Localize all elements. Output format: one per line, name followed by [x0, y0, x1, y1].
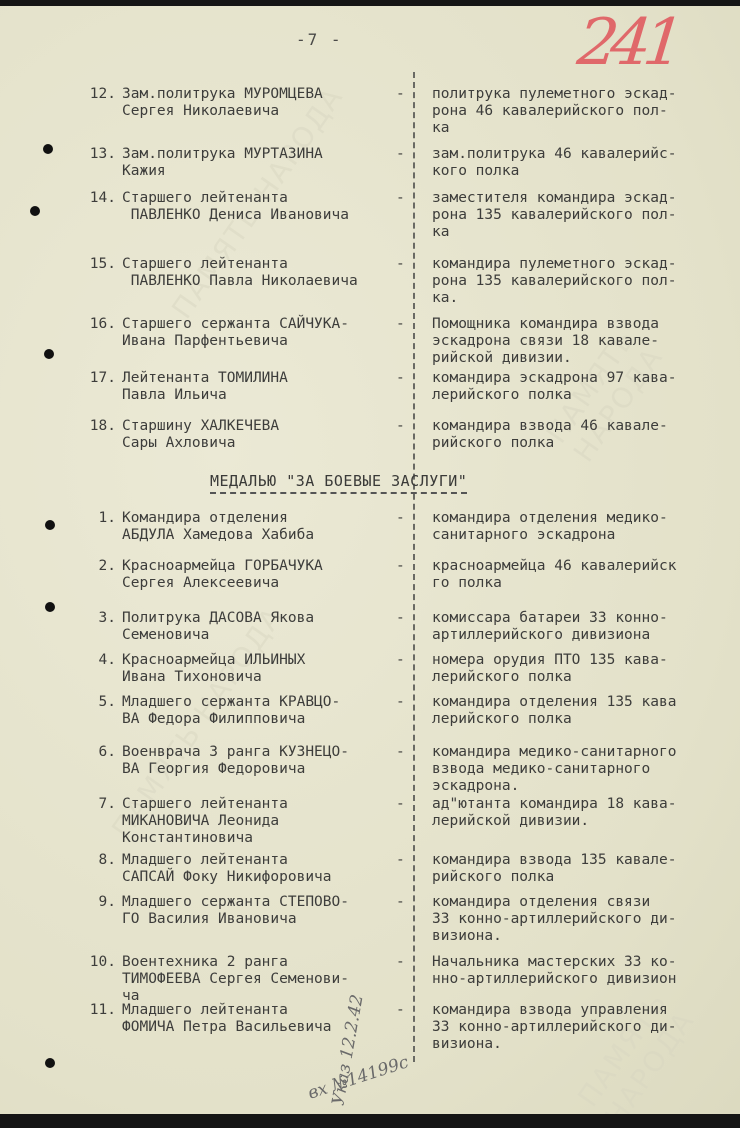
recipient-position: командира взвода 135 кавале- рийского по… — [432, 852, 676, 886]
punch-hole — [43, 144, 53, 154]
entry-number: 14. — [66, 190, 116, 207]
recipient-name: Старшего лейтенанта ПАВЛЕНКО Павла Никол… — [122, 256, 358, 290]
entry-dash: - — [396, 146, 405, 163]
recipient-position: командира отделения связи 33 конно-артил… — [432, 894, 676, 945]
entry-dash: - — [396, 954, 405, 971]
recipient-position: комиссара батареи 33 конно- артиллерийск… — [432, 610, 668, 644]
recipient-name: Старшего лейтенанта МИКАНОВИЧА Леонида К… — [122, 796, 288, 847]
recipient-name: Младшего лейтенанта САПСАЙ Фоку Никифоро… — [122, 852, 332, 886]
recipient-name: Зам.политрука МУРТАЗИНА Кажия — [122, 146, 323, 180]
entry-number: 3. — [66, 610, 116, 627]
entry-dash: - — [396, 610, 405, 627]
recipient-name: Лейтенанта ТОМИЛИНА Павла Ильича — [122, 370, 288, 404]
punch-hole — [45, 520, 55, 530]
recipient-name: Старшего лейтенанта ПАВЛЕНКО Дениса Иван… — [122, 190, 349, 224]
entry-number: 2. — [66, 558, 116, 575]
entry-number: 11. — [66, 1002, 116, 1019]
column-divider — [413, 72, 415, 1062]
entry-number: 1. — [66, 510, 116, 527]
recipient-position: Начальника мастерских 33 ко- нно-артилле… — [432, 954, 676, 988]
entry-number: 16. — [66, 316, 116, 333]
entry-dash: - — [396, 418, 405, 435]
entry-number: 15. — [66, 256, 116, 273]
recipient-position: командира отделения 135 кава лерийского … — [432, 694, 676, 728]
entry-dash: - — [396, 256, 405, 273]
punch-hole — [45, 602, 55, 612]
recipient-position: командира отделения медико- санитарного … — [432, 510, 668, 544]
archive-sheet-number: 241 — [574, 6, 680, 80]
entry-dash: - — [396, 1002, 405, 1019]
recipient-position: красноармейца 46 кавалерийск го полка — [432, 558, 676, 592]
entry-number: 9. — [66, 894, 116, 911]
entry-number: 13. — [66, 146, 116, 163]
recipient-position: командира эскадрона 97 кава- лерийского … — [432, 370, 676, 404]
entry-dash: - — [396, 852, 405, 869]
recipient-name: Красноармейца ГОРБАЧУКА Сергея Алексееви… — [122, 558, 323, 592]
entry-dash: - — [396, 744, 405, 761]
entry-number: 18. — [66, 418, 116, 435]
recipient-position: номера орудия ПТО 135 кава- лерийского п… — [432, 652, 668, 686]
recipient-position: командира взвода 46 кавале- рийского пол… — [432, 418, 668, 452]
recipient-name: Младшего лейтенанта ФОМИЧА Петра Василье… — [122, 1002, 332, 1036]
entry-number: 8. — [66, 852, 116, 869]
recipient-name: Зам.политрука МУРОМЦЕВА Сергея Николаеви… — [122, 86, 323, 120]
recipient-name: Младшего сержанта СТЕПОВО- ГО Василия Ив… — [122, 894, 349, 928]
entry-dash: - — [396, 652, 405, 669]
entry-dash: - — [396, 86, 405, 103]
entry-number: 17. — [66, 370, 116, 387]
recipient-position: командира медико-санитарного взвода меди… — [432, 744, 676, 795]
page-number: -7 - — [296, 30, 343, 49]
punch-hole — [30, 206, 40, 216]
recipient-name: Военврача 3 ранга КУЗНЕЦО- ВА Георгия Фе… — [122, 744, 349, 778]
punch-hole — [45, 1058, 55, 1068]
entry-dash: - — [396, 370, 405, 387]
entry-dash: - — [396, 894, 405, 911]
recipient-position: командира взвода управления 33 конно-арт… — [432, 1002, 676, 1053]
entry-dash: - — [396, 316, 405, 333]
entry-number: 12. — [66, 86, 116, 103]
entry-number: 5. — [66, 694, 116, 711]
recipient-position: зам.политрука 46 кавалерийс- кого полка — [432, 146, 676, 180]
recipient-name: Старшего сержанта САЙЧУКА- Ивана Парфент… — [122, 316, 349, 350]
recipient-position: ад"ютанта командира 18 кава- лерийской д… — [432, 796, 676, 830]
recipient-position: заместителя командира эскад- рона 135 ка… — [432, 190, 676, 241]
recipient-name: Старшину ХАЛКЕЧЕВА Сары Ахловича — [122, 418, 279, 452]
entry-number: 6. — [66, 744, 116, 761]
entry-number: 7. — [66, 796, 116, 813]
punch-hole — [44, 349, 54, 359]
entry-number: 10. — [66, 954, 116, 971]
scan-border-bottom — [0, 1114, 740, 1128]
entry-number: 4. — [66, 652, 116, 669]
recipient-name: Красноармейца ИЛЬИНЫХ Ивана Тихоновича — [122, 652, 305, 686]
section-heading: МЕДАЛЬЮ "ЗА БОЕВЫЕ ЗАСЛУГИ" — [210, 472, 467, 494]
entry-dash: - — [396, 796, 405, 813]
entry-dash: - — [396, 190, 405, 207]
recipient-name: Политрука ДАСОВА Якова Семеновича — [122, 610, 314, 644]
entry-dash: - — [396, 510, 405, 527]
entry-dash: - — [396, 694, 405, 711]
recipient-position: Помощника командира взвода эскадрона свя… — [432, 316, 659, 367]
recipient-position: политрука пулеметного эскад- рона 46 кав… — [432, 86, 676, 137]
recipient-position: командира пулеметного эскад- рона 135 ка… — [432, 256, 676, 307]
recipient-name: Командира отделения АБДУЛА Хамедова Хаби… — [122, 510, 314, 544]
entry-dash: - — [396, 558, 405, 575]
recipient-name: Воентехника 2 ранга ТИМОФЕЕВА Сергея Сем… — [122, 954, 349, 1005]
recipient-name: Младшего сержанта КРАВЦО- ВА Федора Фили… — [122, 694, 340, 728]
